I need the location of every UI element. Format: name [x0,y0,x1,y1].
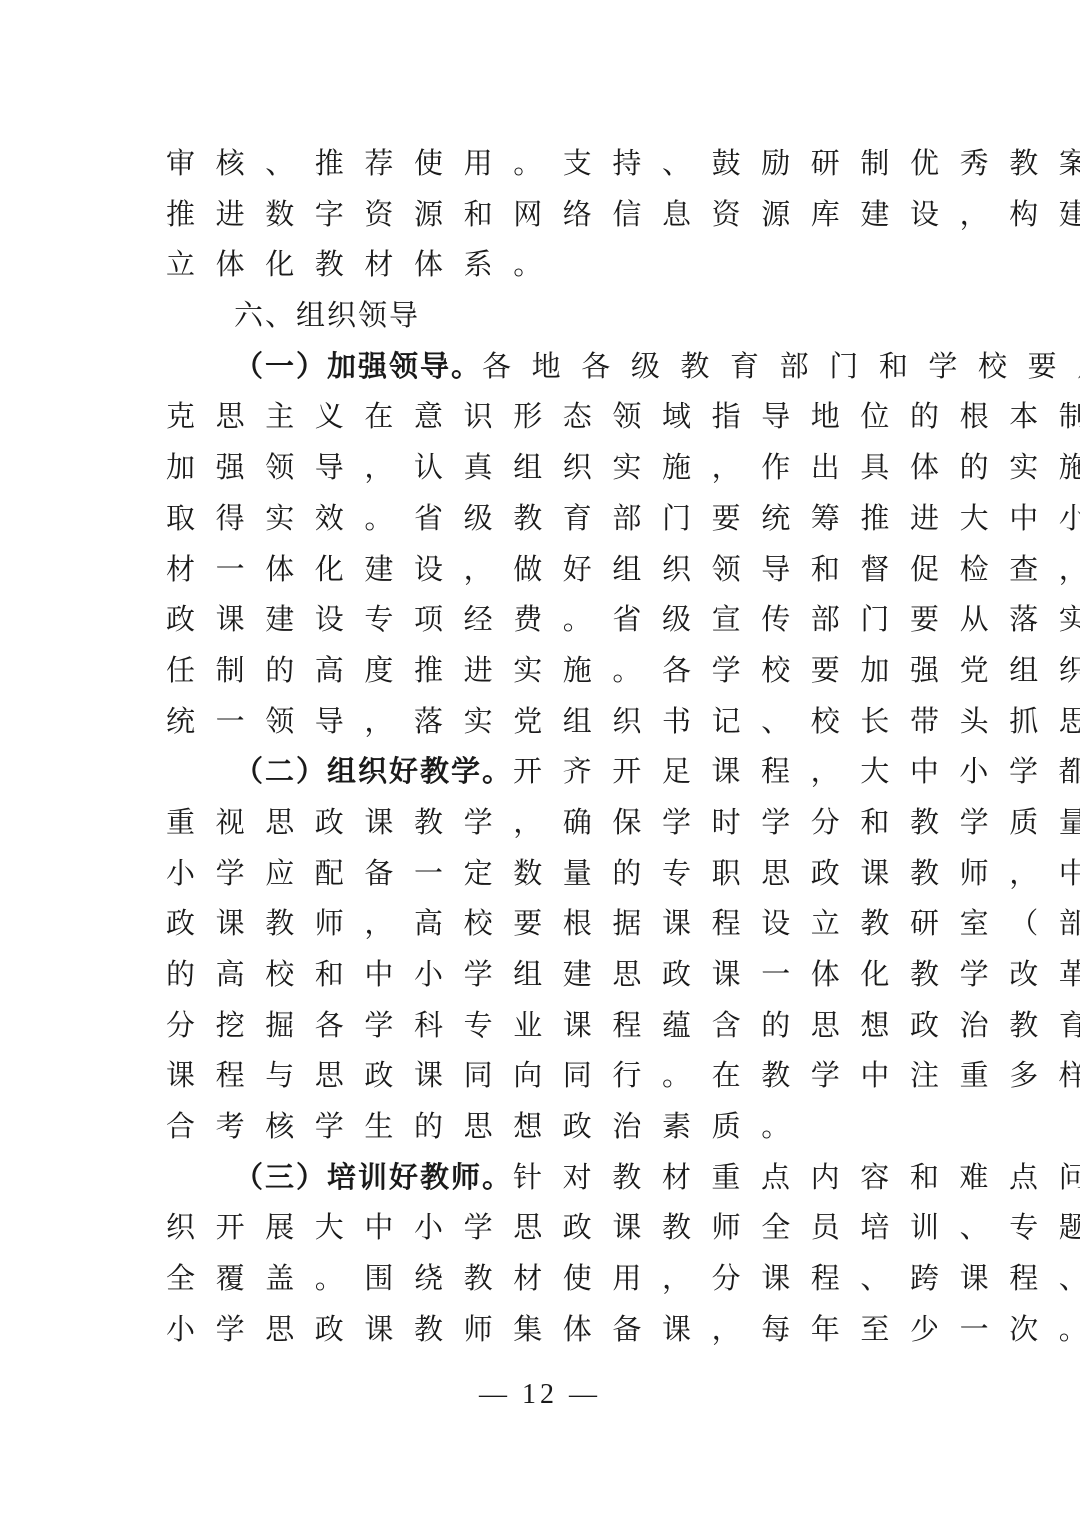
body-line: 推进数字资源和网络信息资源库建设，构建大中小学思政课 [166,189,926,240]
body-line: 立体化教材体系。 [166,239,926,290]
body-line: 任制的高度推进实施。各学校要加强党组织对学校思政课的 [166,645,926,696]
body-line: 小学思政课教师集体备课，每年至少一次。结合教学实践， [166,1304,926,1355]
subsection-title: （三）培训好教师。 [234,1160,513,1194]
body-line: 政课教师，高校要根据课程设立教研室（部）。鼓励有条件 [166,898,926,949]
subsection-title: （二）组织好教学。 [234,754,513,788]
subsection-line: （一）加强领导。各地各级教育部门和学校要从坚持马 [166,341,926,392]
body-text: 针对教材重点内容和难点问题，组 [513,1160,1080,1194]
body-line: 加强领导，认真组织实施，作出具体的实施工作安排，确保 [166,442,926,493]
page-number: — 12 — [0,1379,1080,1411]
subsection-line: （三）培训好教师。针对教材重点内容和难点问题，组 [166,1152,926,1203]
body-line: 的高校和中小学组建思政课一体化教学改革创新联合体。充 [166,949,926,1000]
body-line: 全覆盖。围绕教材使用，分课程、跨课程、跨学段组织大中 [166,1253,926,1304]
body-text: 各地各级教育部门和学校要从坚持马 [482,349,1080,383]
body-line: 课程与思政课同向同行。在教学中注重多样化评价方式，综 [166,1050,926,1101]
body-line: 织开展大中小学思政课教师全员培训、专题研修，确保实现 [166,1202,926,1253]
subsection-title: （一）加强领导。 [234,349,482,383]
section-heading: 六、组织领导 [166,290,926,341]
body-line: 统一领导，落实党组织书记、校长带头抓思政课机制。 [166,696,926,747]
body-line: 合考核学生的思想政治素质。 [166,1101,926,1152]
body-text: 开齐开足课程，大中小学都要高度 [513,754,1080,788]
body-line: 取得实效。省级教育部门要统筹推进大中小学思政课课程教 [166,493,926,544]
body-line: 政课建设专项经费。省级宣传部门要从落实意识形态工作责 [166,594,926,645]
document-page: 审核、推荐使用。支持、鼓励研制优秀教案、课件和案例等， 推进数字资源和网络信息资… [166,138,926,1355]
subsection-line: （二）组织好教学。开齐开足课程，大中小学都要高度 [166,746,926,797]
body-line: 审核、推荐使用。支持、鼓励研制优秀教案、课件和案例等， [166,138,926,189]
body-line: 重视思政课教学，确保学时学分和教学质量。健全教学机构， [166,797,926,848]
body-line: 分挖掘各学科专业课程蕴含的思想政治教育资源，推进各类 [166,1000,926,1051]
body-line: 材一体化建设，做好组织领导和督促检查，落实大中小学思 [166,544,926,595]
body-line: 克思主义在意识形态领域指导地位的根本制度的高度，切实 [166,391,926,442]
body-line: 小学应配备一定数量的专职思政课教师，中学应配齐专职思 [166,848,926,899]
